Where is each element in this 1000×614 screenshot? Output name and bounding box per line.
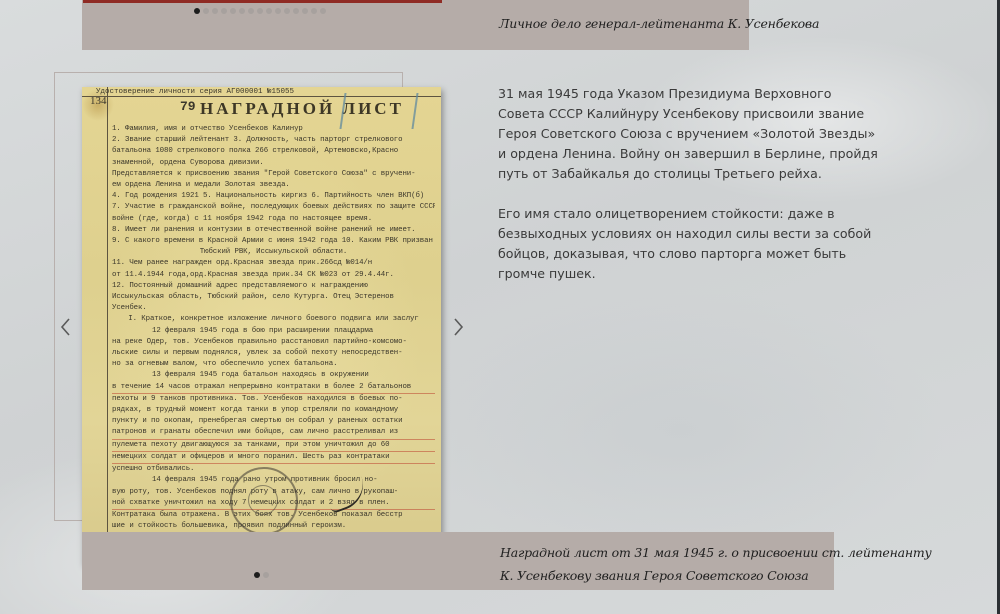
document-line: 8. Имеет ли ранения и контузии в отечест…: [112, 225, 435, 236]
top-gallery-dot[interactable]: [311, 8, 317, 14]
top-gallery-pagination: [194, 8, 326, 14]
document-line: Иссыкульская область, Тюбский район, сел…: [112, 292, 435, 303]
document-margin-rule: [107, 87, 108, 564]
top-gallery-dot[interactable]: [320, 8, 326, 14]
document-line: 13 февраля 1945 года батальон находясь в…: [112, 370, 435, 381]
document-seal: [230, 467, 298, 535]
document-line: на реке Одер, тов. Усенбеков правильно р…: [112, 337, 435, 348]
document-line: пулемета пехоту двигающуюся за танками, …: [112, 440, 435, 452]
gallery-next-button[interactable]: [450, 316, 466, 338]
document-line: от 11.4.1944 года,орд.Красная звезда при…: [112, 270, 435, 281]
gallery-dot[interactable]: [254, 572, 260, 578]
top-gallery-dot[interactable]: [248, 8, 254, 14]
document-line: 7. Участие в гражданской войне, последую…: [112, 202, 435, 213]
top-gallery-dot[interactable]: [275, 8, 281, 14]
document-line: 11. Чем ранее награжден орд.Красная звез…: [112, 258, 435, 269]
document-line: знаменной, ордена Суворова дивизии.: [112, 158, 435, 169]
top-gallery-caption: Личное дело генерал-лейтенанта К. Усенбе…: [499, 16, 819, 31]
top-gallery-dot[interactable]: [221, 8, 227, 14]
top-gallery-dot[interactable]: [203, 8, 209, 14]
document-number: 79: [180, 99, 196, 114]
top-gallery-dot[interactable]: [293, 8, 299, 14]
gallery-caption-line-2: К. Усенбекову звания Героя Советского Со…: [500, 564, 932, 587]
document-line: батальона 1080 стрелкового полка 266 стр…: [112, 146, 435, 157]
top-gallery-photo[interactable]: [83, 0, 442, 3]
document-line: Усенбек.: [112, 303, 435, 314]
chevron-right-icon: [450, 316, 466, 338]
top-gallery-dot[interactable]: [212, 8, 218, 14]
top-gallery-dot[interactable]: [239, 8, 245, 14]
gallery-dot[interactable]: [263, 572, 269, 578]
gallery-caption-line-1: Наградной лист от 31 мая 1945 г. о присв…: [500, 541, 932, 564]
document-line: 12. Постоянный домашний адрес представля…: [112, 281, 435, 292]
top-gallery-dot[interactable]: [302, 8, 308, 14]
document-line: I. Краткое, конкретное изложение личного…: [112, 314, 435, 325]
document-line: ем ордена Ленина и медали Золотая звезда…: [112, 180, 435, 191]
document-line: пехоты и 9 танков противника. Тов. Усенб…: [112, 394, 435, 405]
document-line: пункту и по окопам, пренебрегая смертью …: [112, 416, 435, 427]
award-document-image[interactable]: Удостоверение личности серия АГ000001 №1…: [82, 87, 441, 564]
gallery-prev-button[interactable]: [58, 316, 74, 338]
top-gallery-dot[interactable]: [257, 8, 263, 14]
document-line: Тюбский РВК, Иссыкульской области.: [112, 247, 435, 258]
document-line: Представляется к присвоению звания "Геро…: [112, 169, 435, 180]
document-line: в течение 14 часов отражал непрерывно ко…: [112, 382, 435, 394]
document-line: 9. С какого времени в Красной Армии с ию…: [112, 236, 435, 247]
article-paragraph: Его имя стало олицетворением стойкости: …: [498, 204, 878, 284]
document-top-line: Удостоверение личности серия АГ000001 №1…: [96, 88, 294, 96]
document-line: войне (где, когда) с 11 ноября 1942 года…: [112, 214, 435, 225]
top-gallery-dot[interactable]: [284, 8, 290, 14]
document-side-number: 134: [90, 95, 107, 107]
document-line: патронов и гранаты обеспечил ими бойцов,…: [112, 427, 435, 439]
document-line: 1. Фамилия, имя и отчество Усенбеков Кал…: [112, 124, 435, 135]
gallery-caption: Наградной лист от 31 мая 1945 г. о присв…: [500, 541, 932, 587]
article-paragraph: 31 мая 1945 года Указом Президиума Верхо…: [498, 84, 878, 184]
document-line: 4. Год рождения 1921 5. Национальность к…: [112, 191, 435, 202]
document-line: но за огневым валом, что обеспечило успе…: [112, 359, 435, 370]
top-gallery-dot[interactable]: [266, 8, 272, 14]
document-line: рядках, в трудный момент когда танки в у…: [112, 405, 435, 416]
document-line: 12 февраля 1945 года в бою при расширени…: [112, 326, 435, 337]
top-gallery-dot[interactable]: [194, 8, 200, 14]
top-gallery-dot[interactable]: [230, 8, 236, 14]
document-line: немецких солдат и офицеров и много поран…: [112, 452, 435, 464]
document-line: 2. Звание старший лейтенант 3. Должность…: [112, 135, 435, 146]
document-line: льские силы и первым поднялся, увлек за …: [112, 348, 435, 359]
gallery-pagination: [254, 572, 269, 578]
article-text: 31 мая 1945 года Указом Президиума Верхо…: [498, 84, 878, 304]
chevron-left-icon: [58, 316, 74, 338]
